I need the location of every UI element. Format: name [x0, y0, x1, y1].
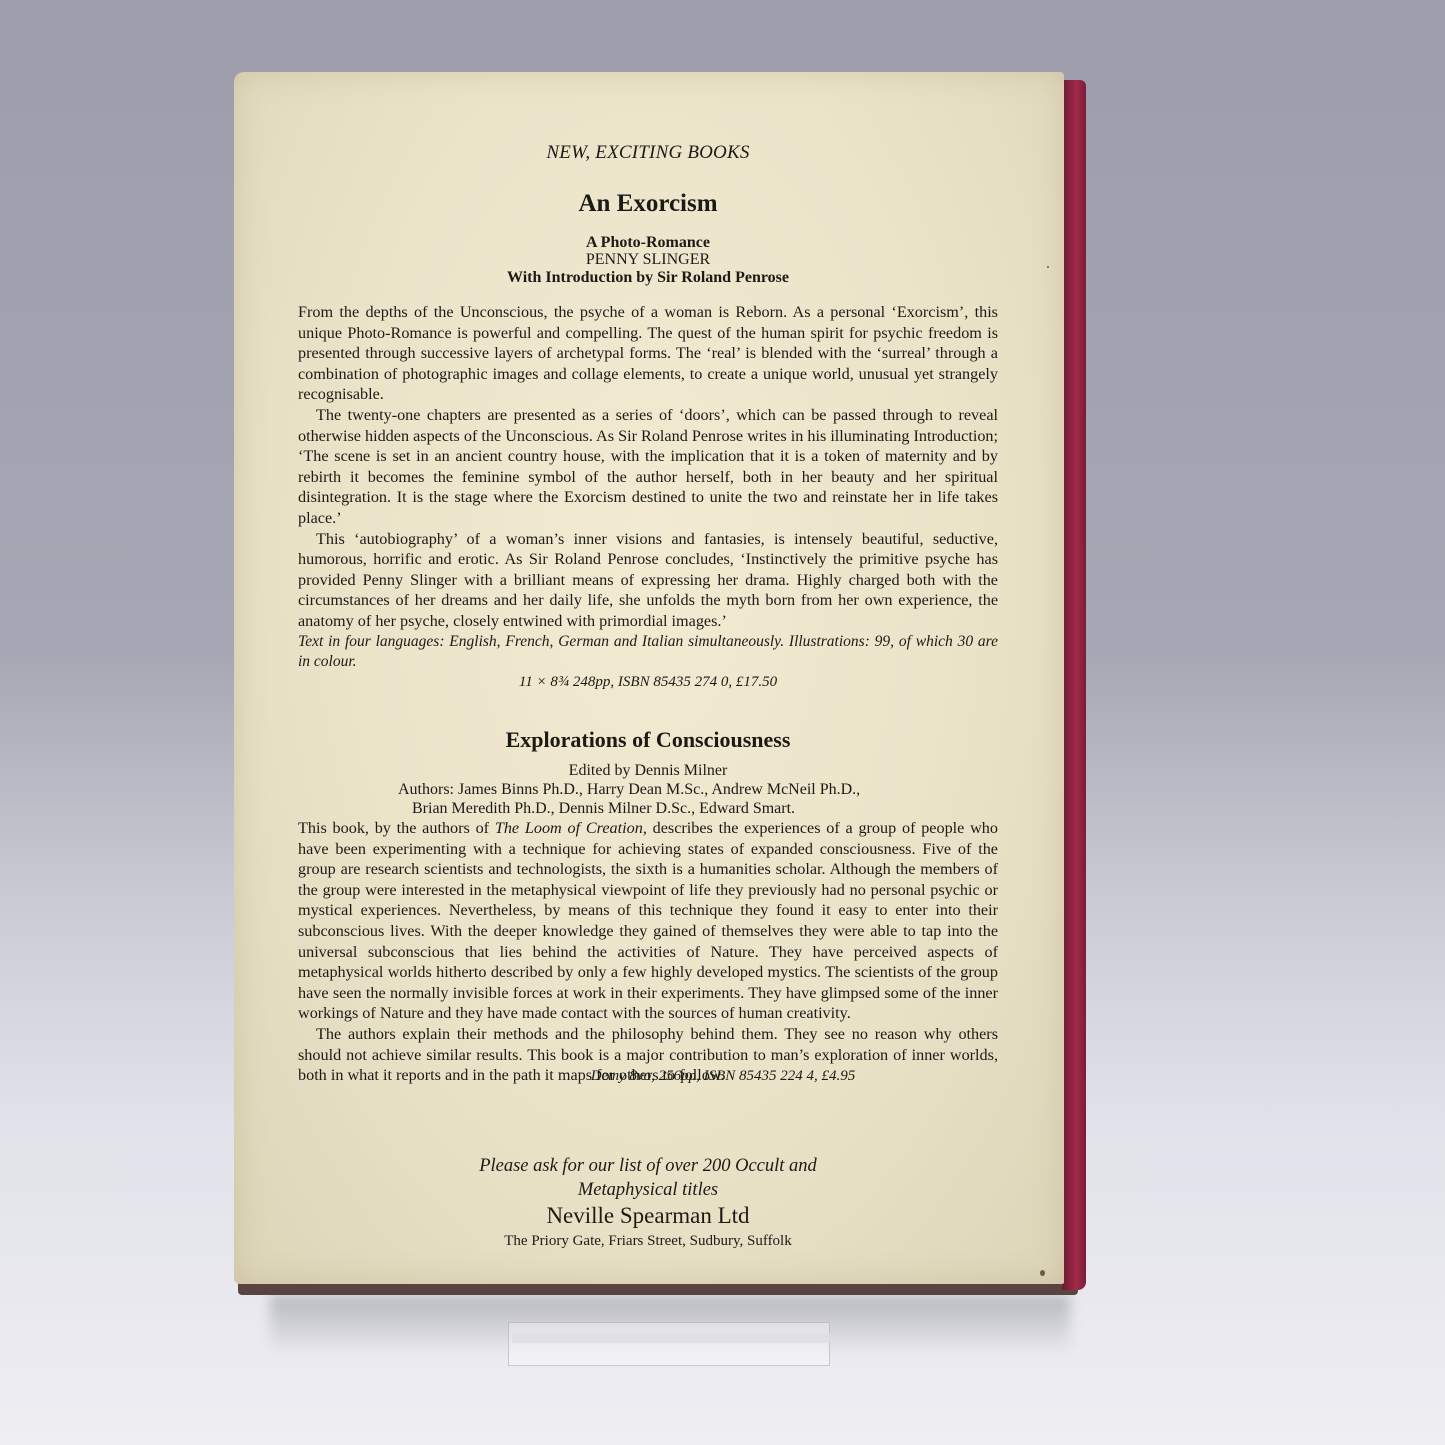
publisher-block: Please ask for our list of over 200 Occu… — [298, 1154, 998, 1252]
acrylic-book-stand — [508, 1322, 830, 1366]
catalogue-request: Please ask for our list of over 200 Occu… — [298, 1154, 998, 1178]
book2-editor: Edited by Dennis Milner — [298, 761, 998, 780]
book1-paragraph: This ‘autobiography’ of a woman’s inner … — [298, 529, 998, 632]
book1-subtitle: A Photo-Romance — [298, 234, 998, 251]
book2-referenced-title: The Loom of Creation — [495, 819, 643, 837]
book1-description: From the depths of the Unconscious, the … — [298, 302, 998, 692]
paper-blemish — [1040, 1270, 1045, 1276]
book2-description: Edited by Dennis Milner Authors: James B… — [298, 761, 998, 1086]
book1-note: Text in four languages: English, French,… — [298, 632, 998, 672]
book-stand-lip — [512, 1333, 830, 1343]
book2-para1-start: This book, by the authors of — [298, 819, 495, 837]
book1-paragraph: From the depths of the Unconscious, the … — [298, 302, 998, 405]
series-heading: NEW, EXCITING BOOKS — [298, 142, 998, 164]
book1-title: An Exorcism — [298, 190, 998, 218]
book-back-cover: NEW, EXCITING BOOKS An Exorcism A Photo-… — [234, 72, 1064, 1284]
publisher-name: Neville Spearman Ltd — [298, 1202, 998, 1230]
book2-authors-line2: Brian Meredith Ph.D., Dennis Milner D.Sc… — [298, 799, 998, 818]
book2-title: Explorations of Consciousness — [298, 727, 998, 753]
book-spine — [1062, 80, 1086, 1290]
book-bottom-edge — [238, 1283, 1078, 1295]
book2-para1-rest: , describes the experiences of a group o… — [298, 819, 998, 1022]
book2-authors-line1: Authors: James Binns Ph.D., Harry Dean M… — [298, 780, 998, 799]
book1-introduction: With Introduction by Sir Roland Penrose — [298, 268, 998, 288]
book1-details: 11 × 8¾ 248pp, ISBN 85435 274 0, £17.50 — [298, 672, 998, 692]
book1-author: PENNY SLINGER — [298, 251, 998, 268]
book2-paragraph: This book, by the authors of The Loom of… — [298, 818, 998, 1024]
publisher-address: The Priory Gate, Friars Street, Sudbury,… — [298, 1230, 998, 1252]
paper-blemish — [1047, 266, 1049, 268]
catalogue-request-line2: Metaphysical titles — [298, 1178, 998, 1202]
book1-paragraph: The twenty-one chapters are presented as… — [298, 405, 998, 529]
